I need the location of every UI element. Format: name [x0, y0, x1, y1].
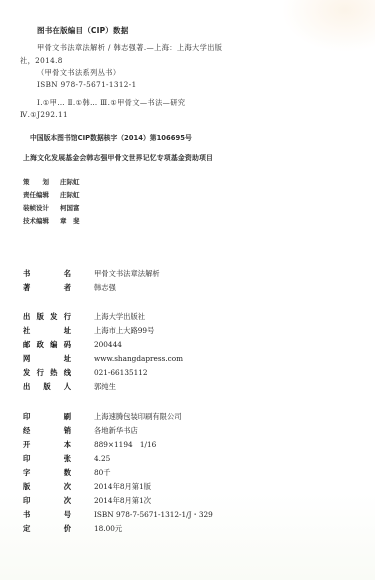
spec-value: ISBN 978-7-5671-1312-1/J・329: [94, 510, 213, 520]
spec-row-title: 书名甲骨文书法章法解析: [23, 269, 160, 279]
cip-record-number: 中国版本图书馆CIP数据核字（2014）第106695号: [30, 132, 192, 142]
spec-label: 书名: [23, 269, 71, 279]
spec-row-distributor: 经销各地新华书店: [23, 426, 138, 436]
cip-heading: 图书在版编目（CIP）数据: [37, 25, 128, 36]
spec-value: 上海市上大路99号: [94, 326, 154, 336]
spec-label: 字数: [23, 468, 71, 478]
spec-row-word-count: 字数80千: [23, 468, 111, 478]
spec-row-price: 定价18.00元: [23, 524, 122, 534]
staff-row: 策 划庄际虹: [23, 177, 80, 186]
spec-row-isbn: 书号ISBN 978-7-5671-1312-1/J・329: [23, 510, 213, 520]
spec-label: 发行热线: [23, 368, 71, 378]
spec-value: 889×1194 1/16: [94, 440, 156, 450]
spec-label: 邮政编码: [23, 340, 71, 350]
spec-label: 印刷: [23, 412, 71, 422]
staff-row: 技术编辑章 斐: [23, 216, 80, 225]
spec-value: 021-66135112: [94, 368, 148, 377]
spec-label: 社址: [23, 326, 71, 336]
staff-value: 章 斐: [60, 217, 80, 225]
spec-row-publisher-person: 出版人郭纯生: [23, 382, 116, 392]
spec-row-sheets: 印张4.25: [23, 454, 110, 464]
spec-value: 18.00元: [94, 524, 122, 534]
spec-value: 4.25: [94, 454, 110, 463]
spec-row-format: 开本889×1194 1/16: [23, 440, 156, 450]
cip-entry-line: 社，2014.8: [20, 56, 63, 66]
spec-row-printer: 印刷上海速腾包装印刷有限公司: [23, 412, 182, 422]
spec-row-address: 社址上海市上大路99号: [23, 326, 154, 336]
spec-row-postcode: 邮政编码200444: [23, 340, 122, 350]
spec-value: 各地新华书店: [94, 426, 138, 436]
spec-label: 印张: [23, 454, 71, 464]
spec-row-hotline: 发行热线021-66135112: [23, 368, 148, 378]
spec-label: 开本: [23, 440, 71, 450]
spec-row-website: 网址www.shangdapress.com: [23, 354, 183, 364]
spec-value: 2014年8月第1版: [94, 482, 151, 492]
spec-label: 版次: [23, 482, 71, 492]
funding-statement: 上海文化发展基金会韩志强甲骨文世界记忆专项基金资助项目: [23, 152, 213, 162]
staff-value: 柯国富: [60, 204, 80, 212]
spec-value: 上海速腾包装印刷有限公司: [94, 412, 182, 422]
staff-row: 责任编辑庄际虹: [23, 190, 80, 199]
spec-label: 经销: [23, 426, 71, 436]
staff-value: 庄际虹: [60, 191, 80, 199]
spec-value: 2014年8月第1次: [94, 496, 151, 506]
spec-value: www.shangdapress.com: [94, 354, 183, 363]
cip-series-line: （甲骨文书法系列丛书）: [37, 68, 120, 78]
spec-value: 韩志强: [94, 283, 116, 293]
spec-value: 郭纯生: [94, 382, 116, 392]
spec-label: 出版人: [23, 382, 71, 392]
spec-value: 200444: [94, 340, 122, 349]
spec-label: 印次: [23, 496, 71, 506]
staff-label: 策 划: [23, 177, 60, 186]
spec-row-printing: 印次2014年8月第1次: [23, 496, 151, 506]
cip-entry-line: 甲骨文书法章法解析 / 韩志强著.—上海：上海大学出版: [37, 43, 222, 53]
spec-label: 著者: [23, 283, 71, 293]
staff-label: 装帧设计: [23, 203, 60, 212]
spec-row-publisher: 出版发行上海大学出版社: [23, 312, 145, 322]
spec-label: 定价: [23, 524, 71, 534]
spec-label: 书号: [23, 510, 71, 520]
spec-value: 甲骨文书法章法解析: [94, 269, 160, 279]
staff-label: 责任编辑: [23, 190, 60, 199]
cip-classification-line: Ⅳ.①J292.11: [20, 110, 68, 119]
staff-value: 庄际虹: [60, 178, 80, 186]
cip-subject-line: Ⅰ.①甲… Ⅱ.①韩… Ⅲ.①甲骨文—书法—研究: [37, 98, 185, 108]
staff-row: 装帧设计柯国富: [23, 203, 80, 212]
cip-isbn-line: ISBN 978-7-5671-1312-1: [37, 80, 137, 89]
spec-row-edition: 版次2014年8月第1版: [23, 482, 151, 492]
spec-row-author: 著者韩志强: [23, 283, 116, 293]
spec-label: 出版发行: [23, 312, 71, 322]
spec-value: 上海大学出版社: [94, 312, 145, 322]
staff-label: 技术编辑: [23, 216, 60, 225]
spec-value: 80千: [94, 468, 111, 478]
spec-label: 网址: [23, 354, 71, 364]
